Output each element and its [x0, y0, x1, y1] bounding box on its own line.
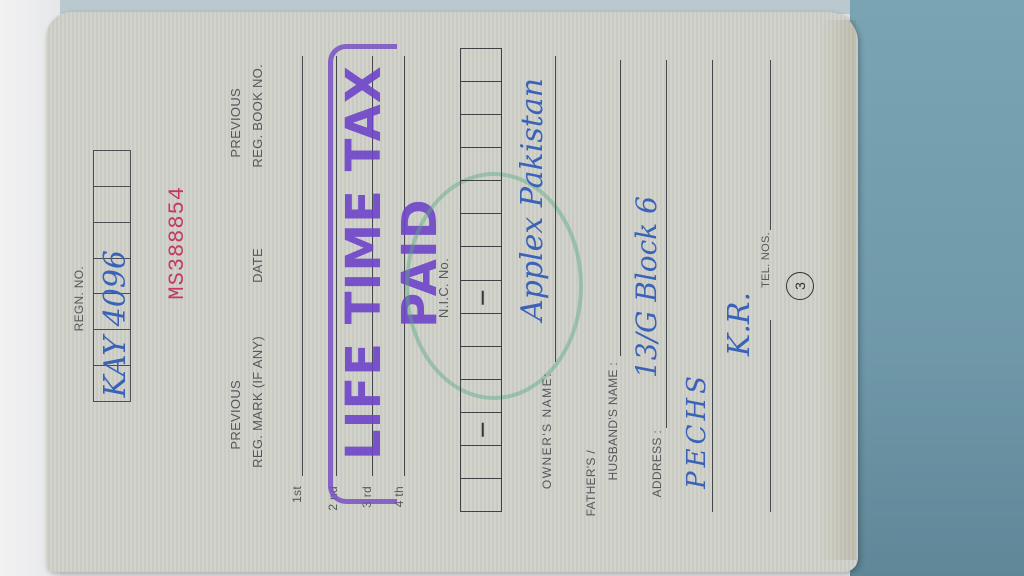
prev-reg-book-label-2: REG. BOOK NO. [250, 64, 265, 168]
page-number: 3 [792, 282, 808, 290]
address-line2-value: PECHS [682, 372, 712, 489]
prev-reg-mark-label-1: PREVIOUS [228, 380, 243, 450]
nic-label: N.I.C. No. [436, 258, 451, 318]
owner-name-value: Applex Pakistan [515, 78, 550, 321]
address-line-1 [666, 60, 667, 428]
background-right [850, 0, 1024, 576]
owner-name-label: OWNER'S NAME: [540, 372, 554, 489]
address-line-2 [712, 60, 713, 512]
nic-boxes [460, 48, 502, 512]
serial-number: MS388854 [165, 186, 190, 300]
prev-reg-book-label-1: PREVIOUS [228, 88, 243, 158]
page-number-badge: 3 [786, 272, 814, 300]
father-line [620, 60, 621, 356]
tel-label: TEL. NOS. [760, 232, 772, 288]
father-label-1: FATHER'S / [584, 450, 598, 516]
address-label: ADDRESS : [650, 430, 664, 497]
page-spine [820, 20, 856, 560]
row-line-1 [302, 56, 303, 476]
regn-no-handwritten: KAY 4096 [98, 250, 133, 397]
tel-line-lower [770, 320, 771, 512]
owner-line [555, 56, 556, 362]
address-line1-value: 13/G Block 6 [630, 196, 663, 378]
signature: K.R. [722, 292, 757, 356]
regn-no-label: REGN. NO. [72, 266, 86, 331]
tel-line [770, 60, 771, 230]
row-1st: 1st [290, 486, 304, 503]
prev-reg-mark-label-2: REG. MARK (IF ANY) [250, 336, 265, 468]
father-label-2: HUSBAND'S NAME : [606, 362, 620, 480]
date-label: DATE [250, 248, 265, 283]
